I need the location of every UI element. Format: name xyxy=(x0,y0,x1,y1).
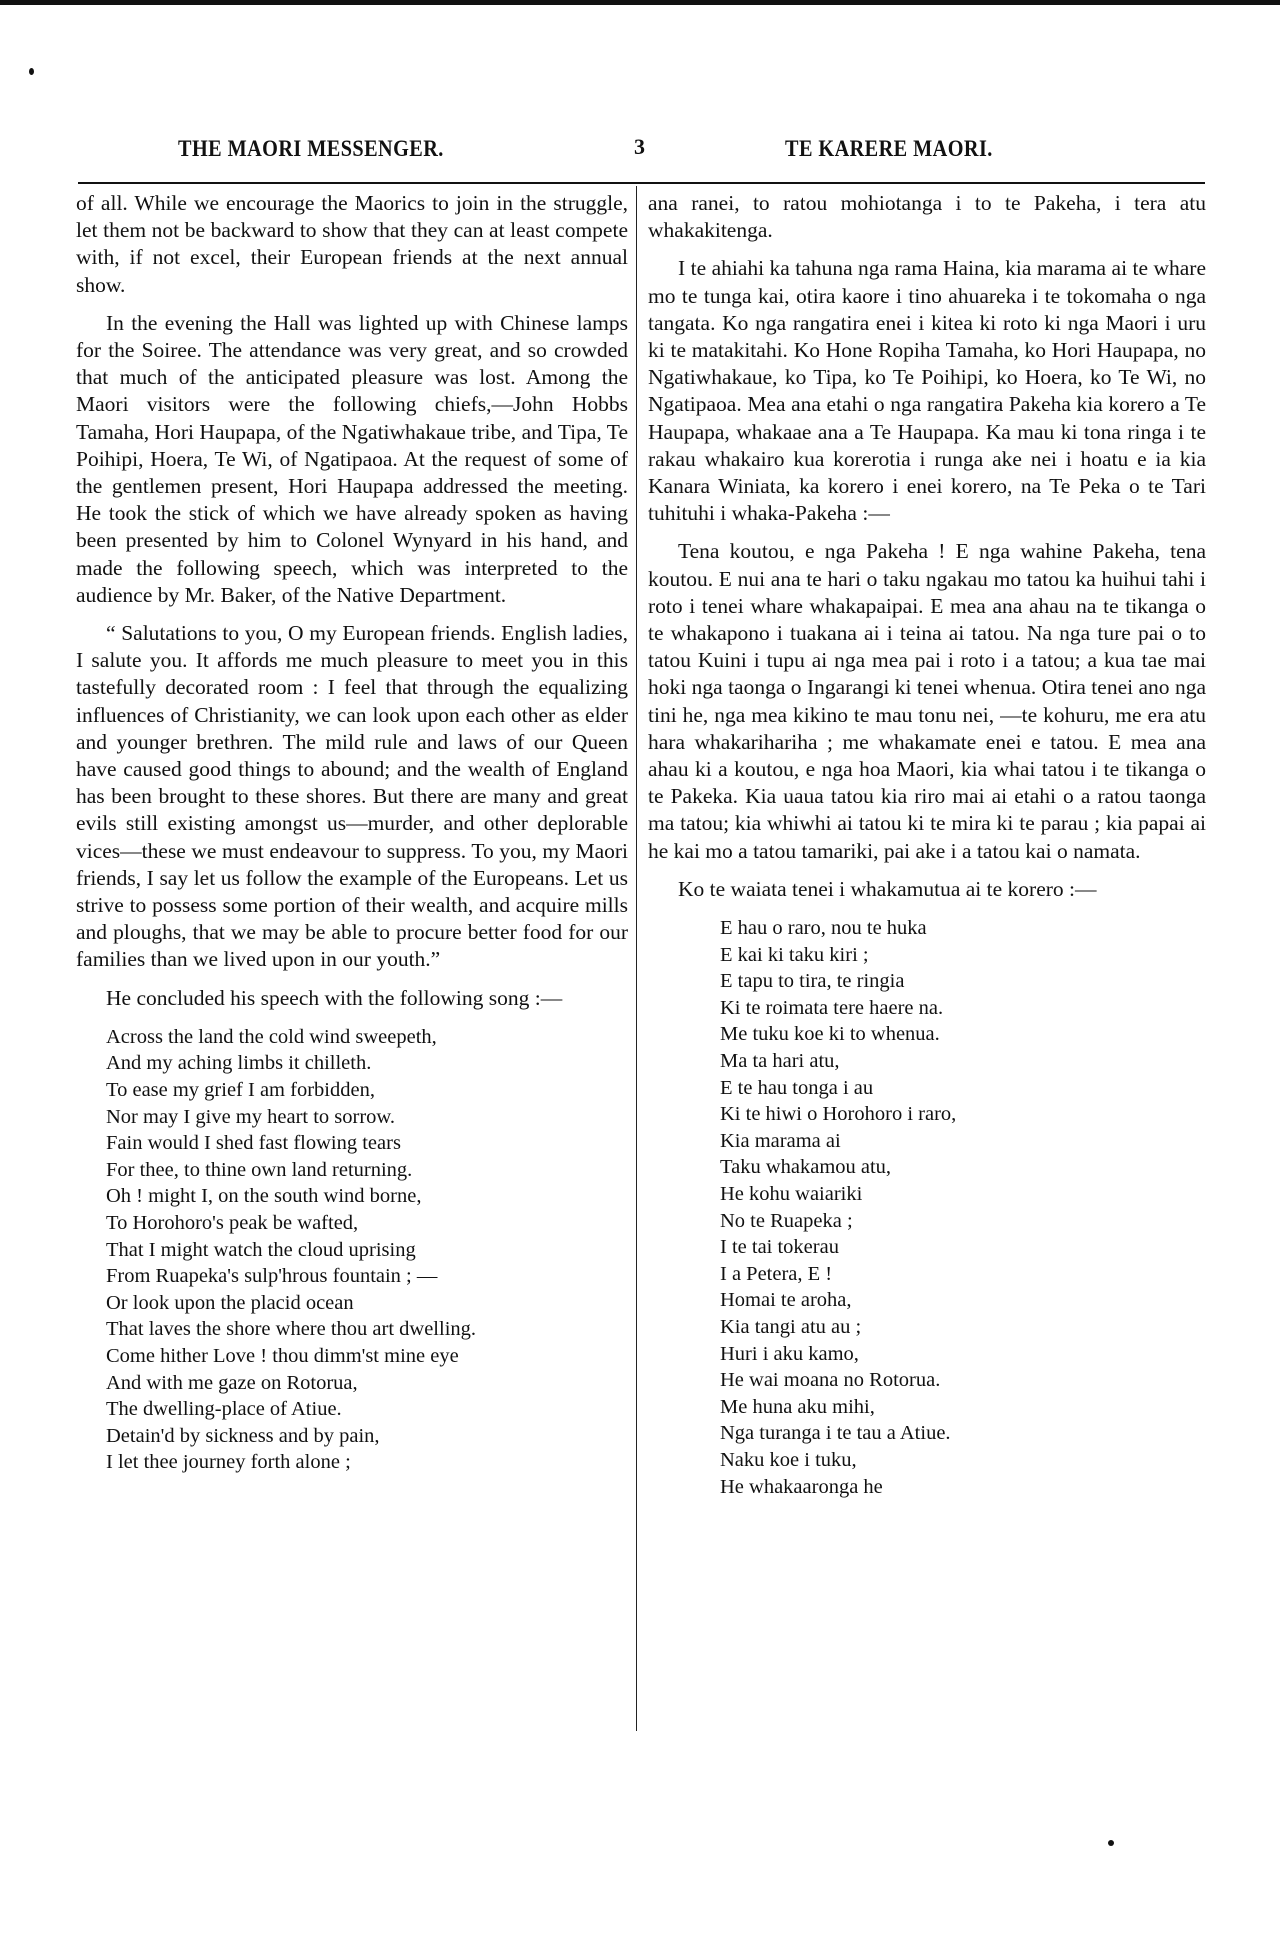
poem-line: Ma ta hari atu, xyxy=(720,1048,1206,1075)
poem-line: From Ruapeka's sulp'hrous fountain ; — xyxy=(106,1263,628,1290)
paragraph: He concluded his speech with the followi… xyxy=(76,985,628,1012)
paragraph: I te ahiahi ka tahuna nga rama Haina, ki… xyxy=(648,255,1206,527)
poem-line: I a Petera, E ! xyxy=(720,1261,1206,1288)
poem-line: Homai te aroha, xyxy=(720,1287,1206,1314)
poem-line: Ki te hiwi o Horohoro i raro, xyxy=(720,1101,1206,1128)
poem-line: Me tuku koe ki to whenua. xyxy=(720,1021,1206,1048)
poem-line: Taku whakamou atu, xyxy=(720,1154,1206,1181)
poem-line: E tapu to tira, te ringia xyxy=(720,968,1206,995)
poem-line: He whakaaronga he xyxy=(720,1474,1206,1501)
header-divider xyxy=(78,182,1205,184)
english-song: Across the land the cold wind sweepeth, … xyxy=(76,1024,628,1476)
english-column: of all. While we encourage the Maorics t… xyxy=(76,190,628,1476)
poem-line: Me huna aku mihi, xyxy=(720,1394,1206,1421)
poem-line: Oh ! might I, on the south wind borne, xyxy=(106,1183,628,1210)
poem-line: No te Ruapeka ; xyxy=(720,1208,1206,1235)
page-number: 3 xyxy=(634,134,645,160)
poem-line: Or look upon the placid ocean xyxy=(106,1290,628,1317)
poem-line: That I might watch the cloud uprising xyxy=(106,1237,628,1264)
poem-line: Huri i aku kamo, xyxy=(720,1341,1206,1368)
poem-line: To Horohoro's peak be wafted, xyxy=(106,1210,628,1237)
masthead-maori: TE KARERE MAORI. xyxy=(785,136,993,162)
poem-line: He kohu waiariki xyxy=(720,1181,1206,1208)
paragraph: of all. While we encourage the Maorics t… xyxy=(76,190,628,299)
maori-column: ana ranei, to ratou mohiotanga i to te P… xyxy=(648,190,1206,1500)
paragraph: “ Salutations to you, O my European frie… xyxy=(76,620,628,974)
poem-line: Ki te roimata tere haere na. xyxy=(720,995,1206,1022)
poem-line: Detain'd by sickness and by pain, xyxy=(106,1423,628,1450)
poem-line: E te hau tonga i au xyxy=(720,1075,1206,1102)
poem-line: And with me gaze on Rotorua, xyxy=(106,1370,628,1397)
paragraph: ana ranei, to ratou mohiotanga i to te P… xyxy=(648,190,1206,244)
masthead-english: THE MAORI MESSENGER. xyxy=(178,136,444,162)
poem-line: That laves the shore where thou art dwel… xyxy=(106,1316,628,1343)
ink-speck xyxy=(1108,1840,1114,1846)
maori-song: E hau o raro, nou te huka E kai ki taku … xyxy=(648,915,1206,1500)
poem-line: For thee, to thine own land returning. xyxy=(106,1157,628,1184)
paragraph: In the evening the Hall was lighted up w… xyxy=(76,310,628,609)
ink-speck xyxy=(29,68,34,75)
poem-line: He wai moana no Rotorua. xyxy=(720,1367,1206,1394)
poem-line: Fain would I shed fast flowing tears xyxy=(106,1130,628,1157)
poem-line: Kia marama ai xyxy=(720,1128,1206,1155)
poem-line: Come hither Love ! thou dimm'st mine eye xyxy=(106,1343,628,1370)
poem-line: E hau o raro, nou te huka xyxy=(720,915,1206,942)
poem-line: Nor may I give my heart to sorrow. xyxy=(106,1104,628,1131)
poem-line: I te tai tokerau xyxy=(720,1234,1206,1261)
paragraph: Ko te waiata tenei i whakamutua ai te ko… xyxy=(648,876,1206,903)
poem-line: Kia tangi atu au ; xyxy=(720,1314,1206,1341)
poem-line: The dwelling-place of Atiue. xyxy=(106,1396,628,1423)
poem-line: To ease my grief I am forbidden, xyxy=(106,1077,628,1104)
poem-line: E kai ki taku kiri ; xyxy=(720,942,1206,969)
page-top-edge xyxy=(0,0,1280,5)
paragraph: Tena koutou, e nga Pakeha ! E nga wahine… xyxy=(648,538,1206,864)
poem-line: Nga turanga i te tau a Atiue. xyxy=(720,1420,1206,1447)
poem-line: And my aching limbs it chilleth. xyxy=(106,1050,628,1077)
poem-line: I let thee journey forth alone ; xyxy=(106,1449,628,1476)
poem-line: Naku koe i tuku, xyxy=(720,1447,1206,1474)
poem-line: Across the land the cold wind sweepeth, xyxy=(106,1024,628,1051)
column-divider xyxy=(636,186,637,1731)
